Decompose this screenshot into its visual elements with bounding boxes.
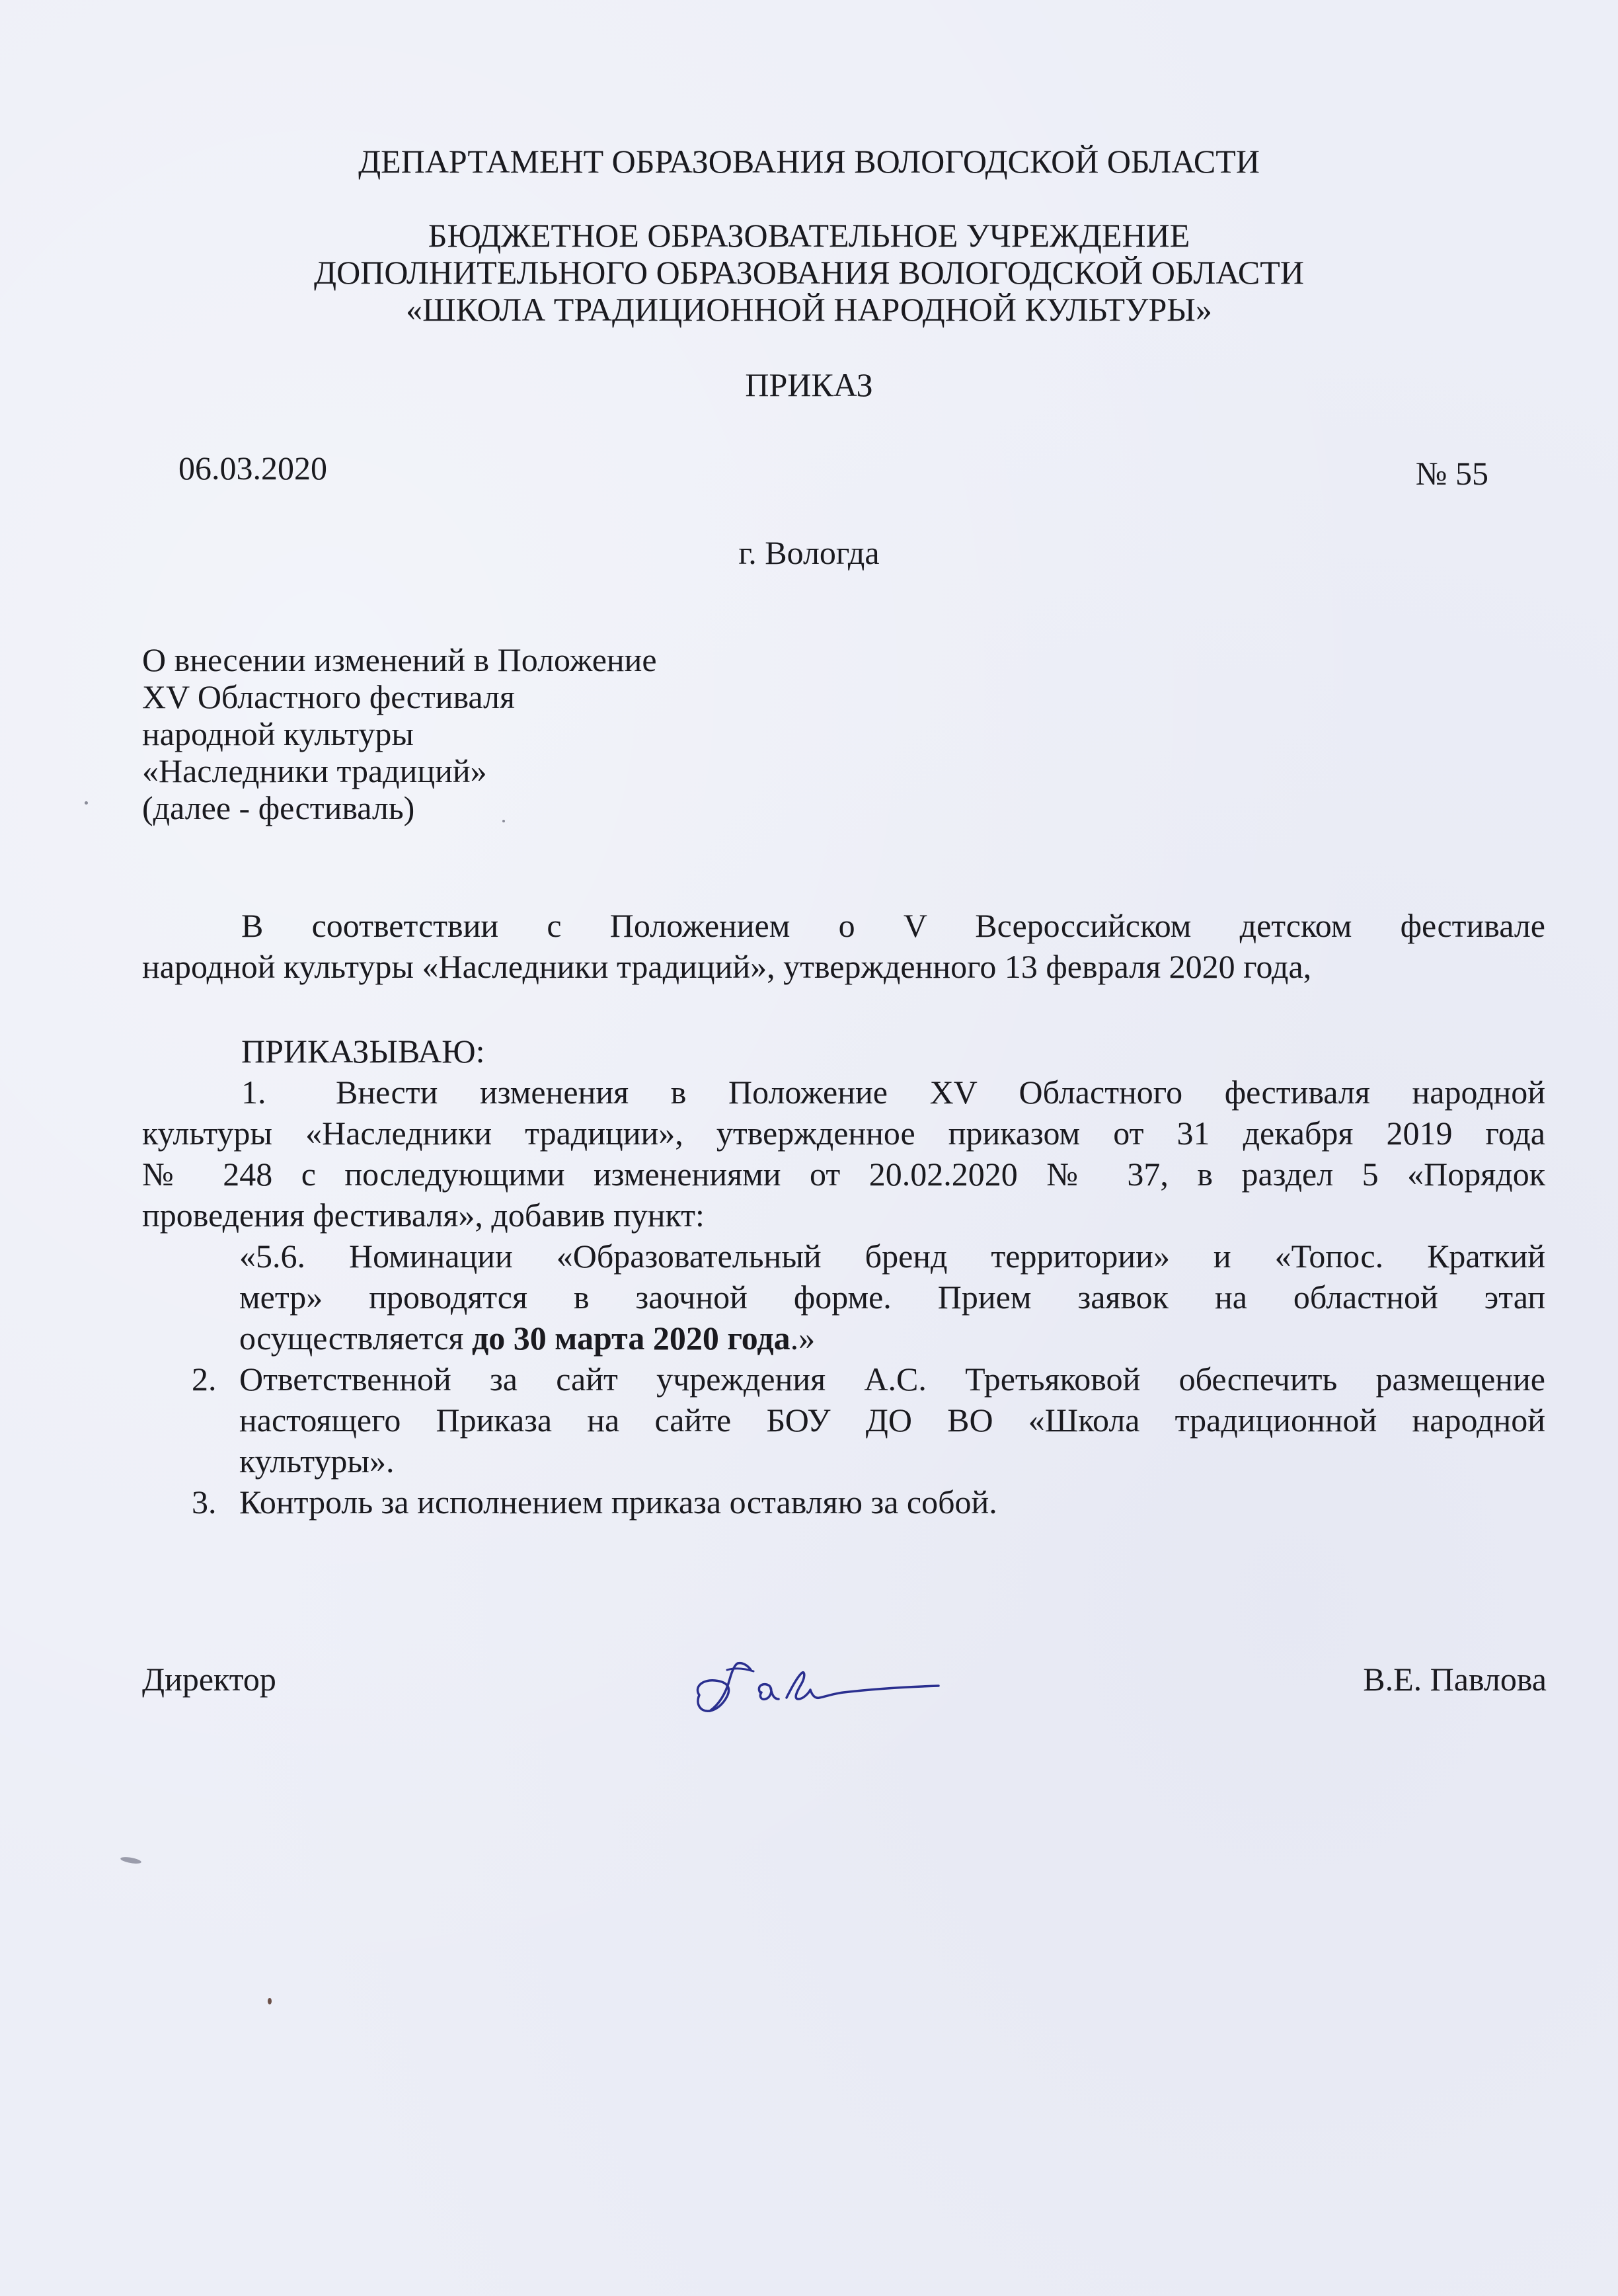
deadline-bold: до 30 марта 2020 года <box>472 1320 790 1357</box>
quote-line: «5.6. Номинации «Образовательный бренд т… <box>239 1238 1545 1275</box>
subject-line: (далее - фестиваль) <box>142 789 657 826</box>
document-type: ПРИКАЗ <box>0 366 1618 403</box>
document-page: ДЕПАРТАМЕНТ ОБРАЗОВАНИЯ ВОЛОГОДСКОЙ ОБЛА… <box>0 0 1618 2296</box>
signatory-name: В.Е. Павлова <box>1363 1661 1547 1698</box>
scan-speck-icon <box>268 1998 272 2004</box>
institution-line-3: «ШКОЛА ТРАДИЦИОННОЙ НАРОДНОЙ КУЛЬТУРЫ» <box>0 291 1618 328</box>
item-1-line: № 248 с последующими изменениями от 20.0… <box>142 1156 1545 1193</box>
scan-speck-icon <box>85 801 88 805</box>
subject-line: народной культуры <box>142 715 657 752</box>
document-number: № 55 <box>1416 455 1488 492</box>
institution-line-1: БЮДЖЕТНОЕ ОБРАЗОВАТЕЛЬНОЕ УЧРЕЖДЕНИЕ <box>0 217 1618 254</box>
handwritten-signature-icon <box>687 1646 952 1725</box>
subject-line: XV Областного фестиваля <box>142 678 657 715</box>
quote-last-prefix: осуществляется <box>239 1320 472 1357</box>
quote-last-suffix: .» <box>790 1320 816 1357</box>
quote-line: метр» проводятся в заочной форме. Прием … <box>239 1279 1545 1316</box>
subject-line: «Наследники традиций» <box>142 752 657 789</box>
item-1-line: культуры «Наследники традиции», утвержде… <box>142 1115 1545 1152</box>
subject-line: О внесении изменений в Положение <box>142 641 657 678</box>
document-date: 06.03.2020 <box>178 450 327 487</box>
institution-line-2: ДОПОЛНИТЕЛЬНОГО ОБРАЗОВАНИЯ ВОЛОГОДСКОЙ … <box>0 254 1618 291</box>
item-1-number: 1. <box>241 1074 266 1111</box>
scan-speck-icon <box>502 820 505 822</box>
subject-block: О внесении изменений в Положение XV Обла… <box>142 641 657 826</box>
item-2-line: культуры». <box>239 1443 395 1480</box>
item-2-line: настоящего Приказа на сайте БОУ ДО ВО «Ш… <box>239 1402 1545 1439</box>
item-1-first-line: Внести изменения в Положение XV Областно… <box>336 1074 1545 1111</box>
quote-last-line: осуществляется до 30 марта 2020 года.» <box>239 1320 815 1357</box>
department-title: ДЕПАРТАМЕНТ ОБРАЗОВАНИЯ ВОЛОГОДСКОЙ ОБЛА… <box>0 143 1618 180</box>
item-1-line: проведения фестиваля», добавив пункт: <box>142 1197 705 1234</box>
preamble-line: В соответствии с Положением о V Всеросси… <box>241 907 1545 944</box>
item-2-line: Ответственной за сайт учреждения А.С. Тр… <box>239 1361 1545 1398</box>
city: г. Вологда <box>0 534 1618 571</box>
item-3-text: Контроль за исполнением приказа оставляю… <box>239 1484 997 1521</box>
order-heading: ПРИКАЗЫВАЮ: <box>241 1033 484 1070</box>
signatory-position: Директор <box>142 1661 276 1698</box>
item-2-number: 2. <box>192 1361 217 1398</box>
scan-speck-icon <box>120 1856 142 1864</box>
item-3-number: 3. <box>192 1484 217 1521</box>
preamble-line: народной культуры «Наследники традиций»,… <box>142 948 1311 985</box>
